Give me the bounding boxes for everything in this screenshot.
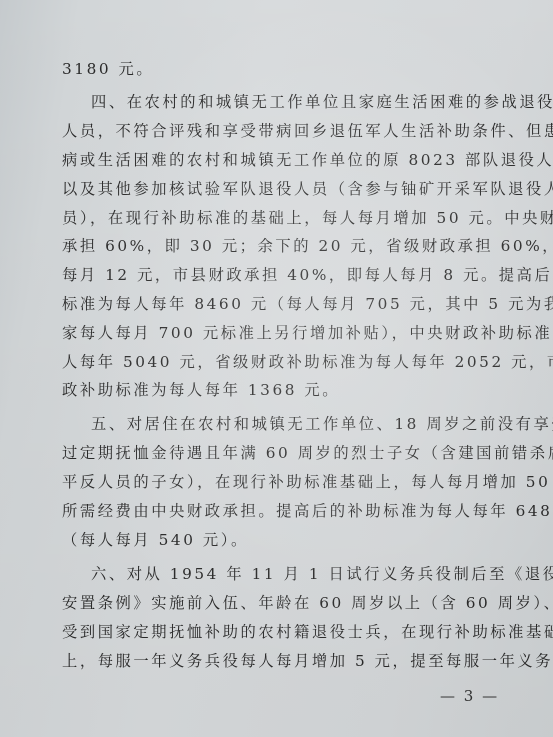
text-line: 3180 元。 (62, 59, 472, 79)
text-line: 政补助标准为每人每年 1368 元。 (62, 380, 472, 400)
text-line: 受到国家定期抚恤补助的农村籍退役士兵，在现行补助标准基础 (62, 622, 472, 642)
text-line: 家每人每月 700 元标准上另行增加补贴），中央财政补助标准为每 (62, 323, 472, 343)
text-line: 所需经费由中央财政承担。提高后的补助标准为每人每年 6480 元 (62, 501, 472, 521)
paragraph-five-start: 五、对居住在农村和城镇无工作单位、18 周岁之前没有享受 (91, 414, 472, 434)
text-line: 员），在现行补助标准的基础上，每人每月增加 50 元。中央财政 (62, 208, 472, 228)
text-line: 以及其他参加核试验军队退役人员（含参与铀矿开采军队退役人 (62, 179, 472, 199)
text-line: 平反人员的子女），在现行补助标准基础上，每人每月增加 50 元， (62, 472, 472, 492)
text-line: 标准为每人每年 8460 元（每人每月 705 元，其中 5 元为我省在国 (62, 294, 472, 314)
document-page: 3180 元。 四、在农村的和城镇无工作单位且家庭生活困难的参战退役 人员，不符… (0, 0, 553, 737)
paragraph-four-start: 四、在农村的和城镇无工作单位且家庭生活困难的参战退役 (91, 92, 472, 112)
text-line: 人员，不符合评残和享受带病回乡退伍军人生活补助条件、但患 (62, 121, 472, 141)
text-line: 安置条例》实施前入伍、年龄在 60 周岁以上（含 60 周岁）、未享 (62, 593, 472, 613)
text-line: 承担 60%，即 30 元；余下的 20 元，省级财政承担 60%，即每人 (62, 236, 472, 256)
text-line: 每月 12 元，市县财政承担 40%，即每人每月 8 元。提高后的补助 (62, 265, 472, 285)
text-line: （每人每月 540 元）。 (62, 530, 472, 550)
text-line: 过定期抚恤金待遇且年满 60 周岁的烈士子女（含建国前错杀后被 (62, 443, 472, 463)
paragraph-six-start: 六、对从 1954 年 11 月 1 日试行义务兵役制后至《退役士兵 (91, 564, 472, 584)
text-line: 人每年 5040 元，省级财政补助标准为每人每年 2052 元，市县财 (62, 352, 472, 372)
page-number: — 3 — (440, 687, 499, 705)
text-line: 病或生活困难的农村和城镇无工作单位的原 8023 部队退役人员， (62, 150, 472, 170)
text-line: 上，每服一年义务兵役每人每月增加 5 元，提至每服一年义务兵 (62, 651, 472, 671)
